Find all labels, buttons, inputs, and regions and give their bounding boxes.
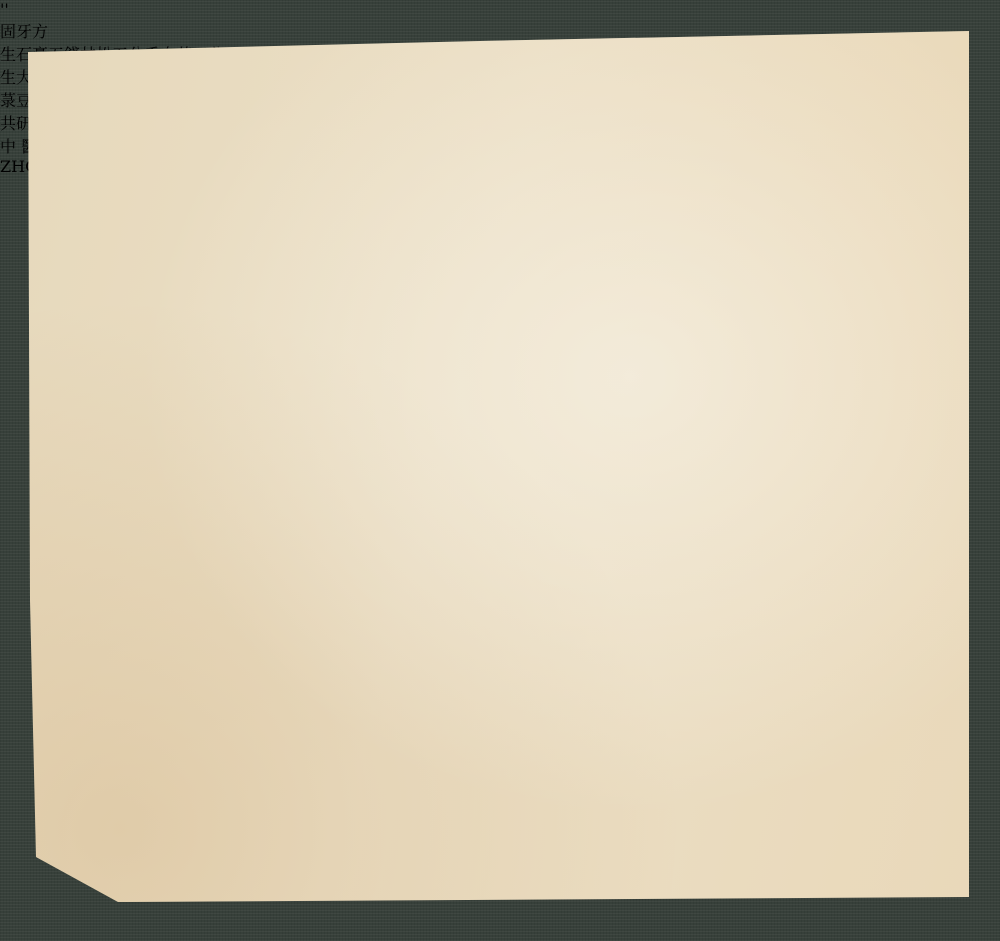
formula-title: 固牙方 (0, 22, 48, 41)
manuscript-page (0, 0, 1000, 941)
herb-name: 菉豆 (0, 91, 32, 110)
watermark-seal-char: 中 (0, 137, 16, 156)
faint-tick-marks: '' (0, 0, 1000, 19)
manuscript-scan: { "document": { "title": "固牙方", "transcr… (0, 0, 1000, 941)
